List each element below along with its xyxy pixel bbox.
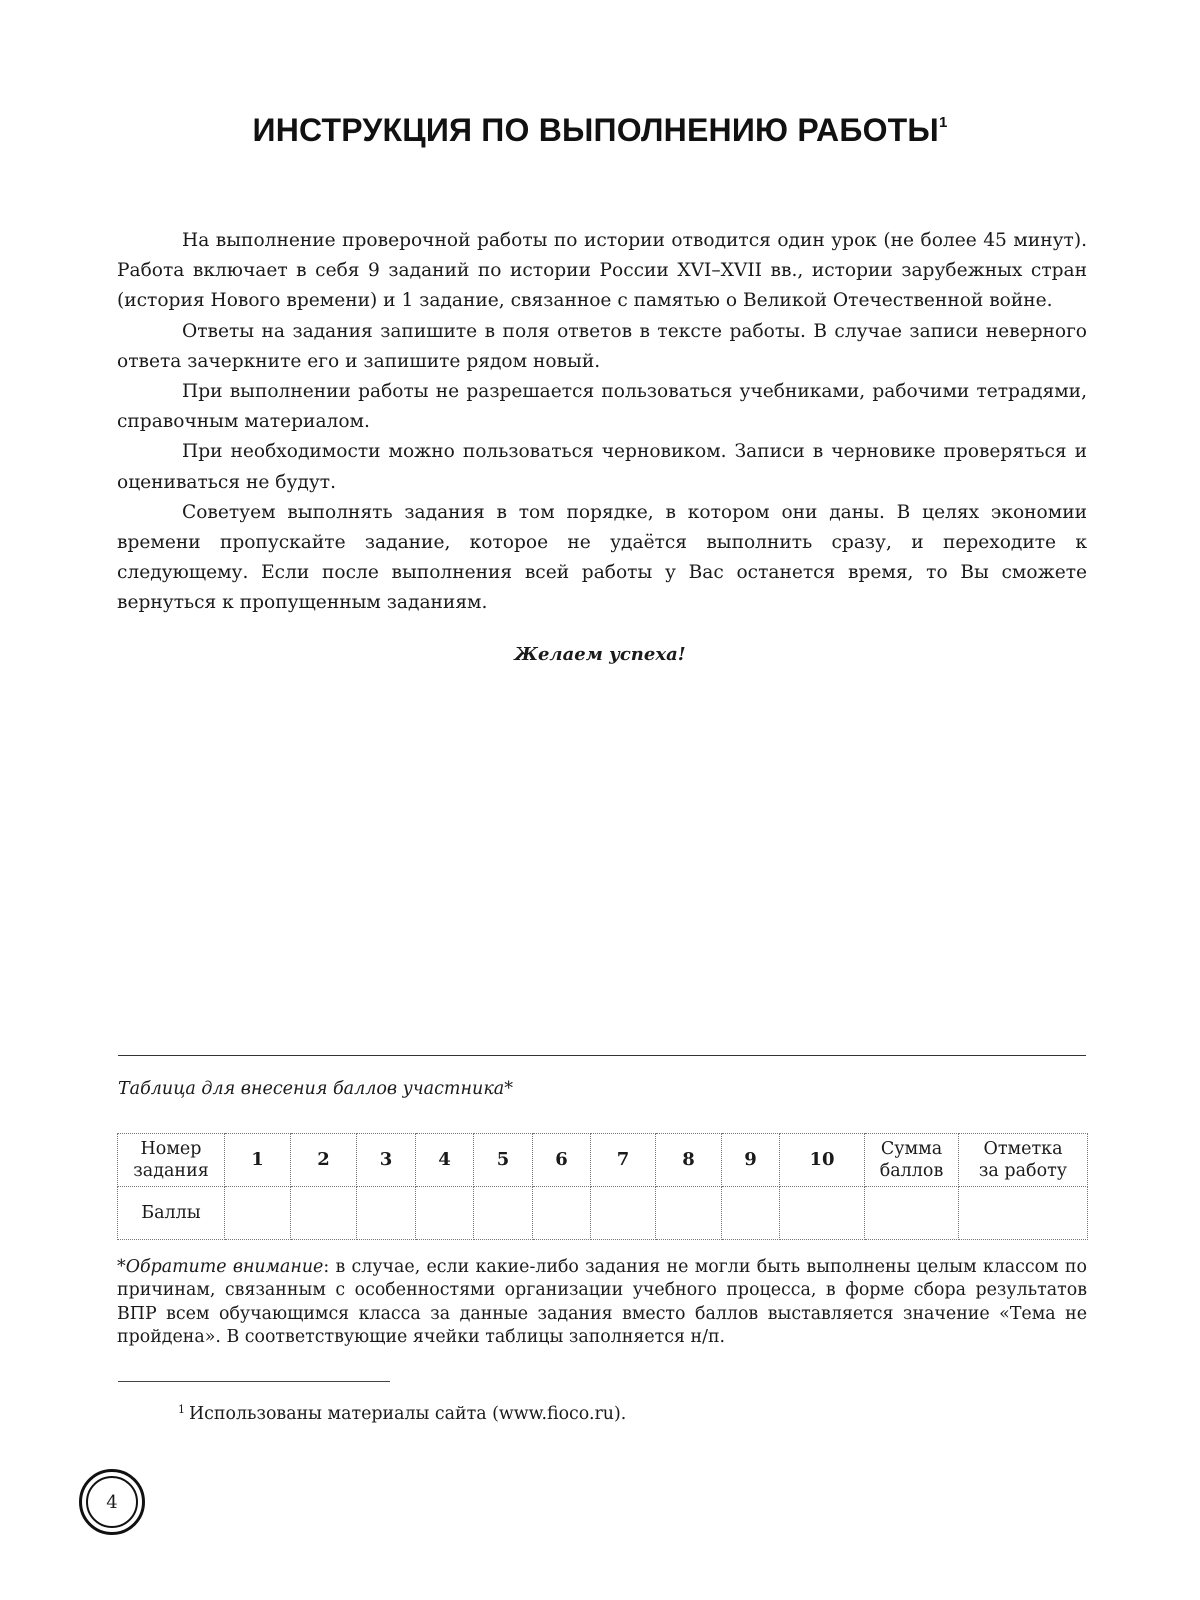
score-cell[interactable]: [225, 1187, 291, 1240]
grade-cell[interactable]: [959, 1187, 1088, 1240]
task-number-cell: 2: [291, 1134, 357, 1187]
task-number-cell: 5: [474, 1134, 533, 1187]
sum-score-cell[interactable]: [865, 1187, 959, 1240]
page-number: 4: [86, 1476, 138, 1528]
task-number-cell: 8: [656, 1134, 722, 1187]
title-text: ИНСТРУКЦИЯ ПО ВЫПОЛНЕНИЮ РАБОТЫ: [253, 112, 939, 148]
header-grade: Отметказа работу: [959, 1134, 1088, 1187]
footnote: 1Использованы материалы сайта (www.fioco…: [178, 1404, 626, 1424]
table-caption: Таблица для внесения баллов участника*: [118, 1079, 513, 1099]
score-cell[interactable]: [416, 1187, 474, 1240]
score-cell[interactable]: [533, 1187, 591, 1240]
instructions-body: На выполнение проверочной работы по исто…: [117, 226, 1087, 619]
footnote-text: Использованы материалы сайта (www.fioco.…: [189, 1404, 626, 1424]
instruction-paragraph: На выполнение проверочной работы по исто…: [117, 226, 1087, 317]
score-cell[interactable]: [780, 1187, 865, 1240]
score-cell[interactable]: [722, 1187, 780, 1240]
score-cell[interactable]: [656, 1187, 722, 1240]
closing-wish: Желаем успеха!: [0, 644, 1200, 665]
footnote-divider: [118, 1381, 390, 1382]
score-cell[interactable]: [357, 1187, 416, 1240]
instruction-paragraph: При необходимости можно пользоваться чер…: [117, 437, 1087, 497]
task-number-cell: 3: [357, 1134, 416, 1187]
title-footnote-mark: 1: [939, 114, 948, 131]
footnote-mark: 1: [178, 1403, 185, 1416]
score-cell[interactable]: [474, 1187, 533, 1240]
table-row-scores: Баллы: [118, 1187, 1088, 1240]
task-number-cell: 9: [722, 1134, 780, 1187]
page-title: ИНСТРУКЦИЯ ПО ВЫПОЛНЕНИЮ РАБОТЫ1: [0, 112, 1200, 149]
header-sum: Суммабаллов: [865, 1134, 959, 1187]
task-number-cell: 7: [591, 1134, 656, 1187]
task-number-cell: 6: [533, 1134, 591, 1187]
header-task-number: Номерзадания: [118, 1134, 225, 1187]
instruction-paragraph: При выполнении работы не разрешается пол…: [117, 377, 1087, 437]
instruction-paragraph: Ответы на задания запишите в поля ответо…: [117, 317, 1087, 377]
task-number-cell: 4: [416, 1134, 474, 1187]
score-table: Номерзадания 1 2 3 4 5 6 7 8 9 10 Суммаб…: [117, 1133, 1088, 1240]
table-header-row: Номерзадания 1 2 3 4 5 6 7 8 9 10 Суммаб…: [118, 1134, 1088, 1187]
task-number-cell: 10: [780, 1134, 865, 1187]
task-number-cell: 1: [225, 1134, 291, 1187]
row-label-scores: Баллы: [118, 1187, 225, 1240]
instruction-paragraph: Советуем выполнять задания в том порядке…: [117, 498, 1087, 619]
note-lead: *Обратите внимание: [117, 1257, 323, 1277]
page-number-badge: 4: [79, 1469, 145, 1535]
attention-note: *Обратите внимание: в случае, если какие…: [117, 1256, 1087, 1349]
score-cell[interactable]: [291, 1187, 357, 1240]
section-divider: [118, 1055, 1086, 1056]
score-cell[interactable]: [591, 1187, 656, 1240]
